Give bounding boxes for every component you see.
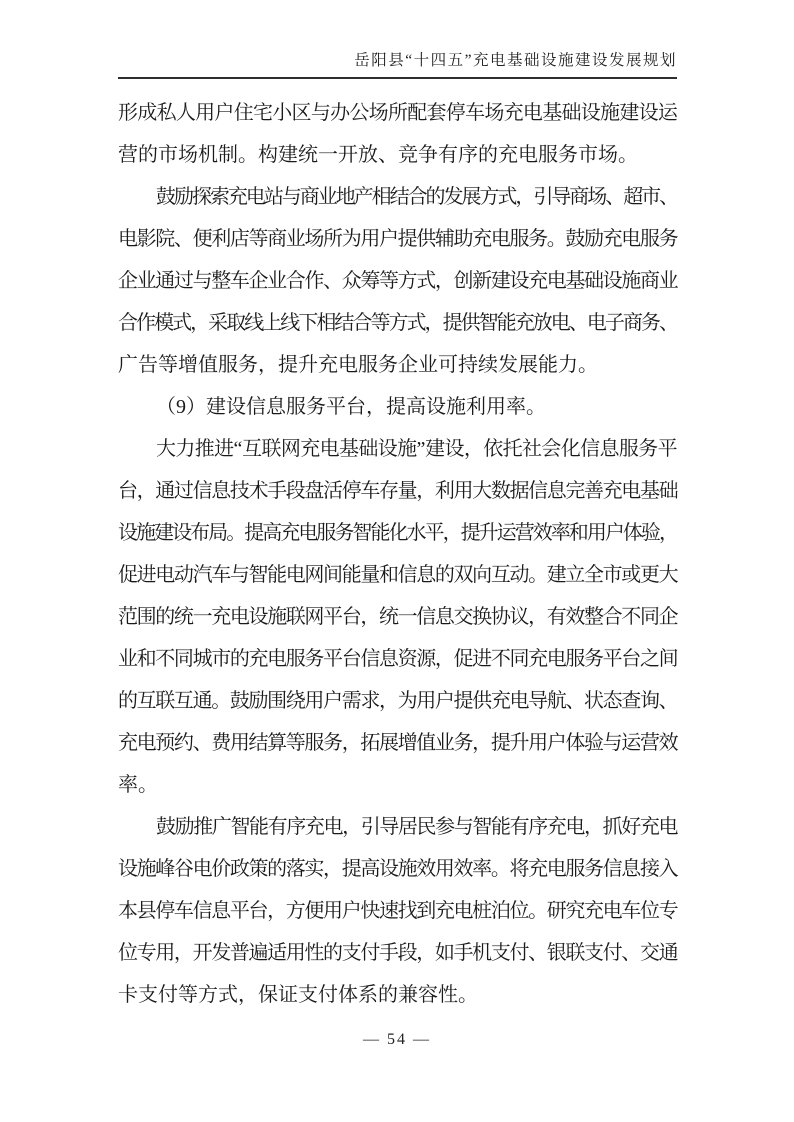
text-line: 合作模式，采取线上线下相结合等方式，提供智能充放电、电子商务、 (118, 302, 677, 344)
text-line: 位专用，开发普遍适用性的支付手段，如手机支付、银联支付、交通 (118, 932, 677, 974)
paragraph: 大力推进“互联网充电基础设施”建设，依托社会化信息服务平台，通过信息技术手段盘活… (118, 428, 677, 806)
page-header: 岳阳县“十四五”充电基础设施建设发展规划 (118, 48, 677, 79)
text-line: 鼓励探索充电站与商业地产相结合的发展方式，引导商场、超市、 (118, 176, 677, 218)
paragraph: 鼓励探索充电站与商业地产相结合的发展方式，引导商场、超市、电影院、便利店等商业场… (118, 176, 677, 386)
text-line: 营的市场机制。构建统一开放、竞争有序的充电服务市场。 (118, 134, 677, 176)
page-number: — 54 — (363, 1031, 431, 1048)
paragraph: 鼓励推广智能有序充电，引导居民参与智能有序充电，抓好充电设施峰谷电价政策的落实，… (118, 806, 677, 1016)
paragraph: （9）建设信息服务平台，提高设施利用率。 (118, 386, 677, 428)
text-line: （9）建设信息服务平台，提高设施利用率。 (118, 386, 677, 428)
text-line: 率。 (118, 764, 677, 806)
paragraph: 形成私人用户住宅小区与办公场所配套停车场充电基础设施建设运营的市场机制。构建统一… (118, 92, 677, 176)
text-line: 卡支付等方式，保证支付体系的兼容性。 (118, 974, 677, 1016)
text-line: 业和不同城市的充电服务平台信息资源，促进不同充电服务平台之间 (118, 638, 677, 680)
text-line: 设施峰谷电价政策的落实，提高设施效用效率。将充电服务信息接入 (118, 848, 677, 890)
text-line: 的互联互通。鼓励围绕用户需求，为用户提供充电导航、状态查询、 (118, 680, 677, 722)
text-line: 促进电动汽车与智能电网间能量和信息的双向互动。建立全市或更大 (118, 554, 677, 596)
page-footer: — 54 — (0, 1031, 794, 1049)
text-line: 充电预约、费用结算等服务，拓展增值业务，提升用户体验与运营效 (118, 722, 677, 764)
text-line: 本县停车信息平台，方便用户快速找到充电桩泊位。研究充电车位专 (118, 890, 677, 932)
document-page: 岳阳县“十四五”充电基础设施建设发展规划 形成私人用户住宅小区与办公场所配套停车… (0, 0, 794, 1122)
header-title: 岳阳县“十四五”充电基础设施建设发展规划 (118, 48, 677, 70)
text-line: 电影院、便利店等商业场所为用户提供辅助充电服务。鼓励充电服务 (118, 218, 677, 260)
text-line: 大力推进“互联网充电基础设施”建设，依托社会化信息服务平 (118, 428, 677, 470)
text-line: 设施建设布局。提高充电服务智能化水平，提升运营效率和用户体验， (118, 512, 677, 554)
text-line: 台，通过信息技术手段盘活停车存量，利用大数据信息完善充电基础 (118, 470, 677, 512)
text-line: 广告等增值服务，提升充电服务企业可持续发展能力。 (118, 344, 677, 386)
text-line: 形成私人用户住宅小区与办公场所配套停车场充电基础设施建设运 (118, 92, 677, 134)
text-line: 鼓励推广智能有序充电，引导居民参与智能有序充电，抓好充电 (118, 806, 677, 848)
document-body: 形成私人用户住宅小区与办公场所配套停车场充电基础设施建设运营的市场机制。构建统一… (118, 92, 677, 1016)
text-line: 企业通过与整车企业合作、众筹等方式，创新建设充电基础设施商业 (118, 260, 677, 302)
text-line: 范围的统一充电设施联网平台，统一信息交换协议，有效整合不同企 (118, 596, 677, 638)
